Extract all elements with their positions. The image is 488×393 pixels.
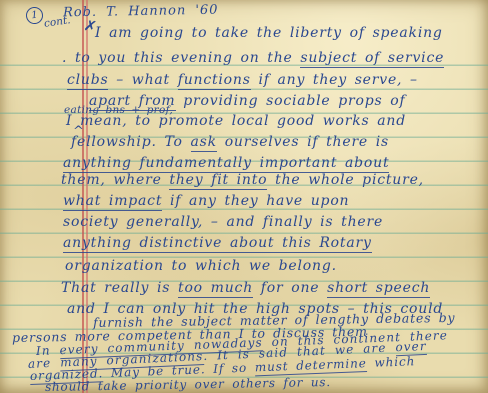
line-text: organization to which we belong. (65, 258, 337, 274)
line-text: if any they have upon (162, 193, 349, 209)
underlined-text: short speech (327, 280, 430, 298)
line-text: which (366, 354, 415, 370)
line-text: society generally, – and finally is ther… (63, 214, 383, 230)
handwritten-line: them, where they fit into the whole pict… (61, 172, 424, 188)
handwritten-line: what impact if any they have upon (63, 193, 349, 209)
underlined-text: anything fundamentally important about (63, 155, 389, 173)
underlined-text: they fit into (169, 172, 267, 190)
line-text: ourselves if there is (217, 134, 389, 150)
handwritten-line: fellowship. To ask ourselves if there is (71, 134, 389, 150)
line-text: the whole picture, (267, 172, 424, 188)
line-text: for one (253, 280, 327, 296)
underlined-text: must determine (255, 356, 368, 376)
notebook-page: 1 cont. Rob. T. Hannon '60 ✗ ^ I am goin… (0, 0, 488, 393)
line-text: providing sociable props of (176, 93, 406, 109)
underlined-text: should (45, 379, 90, 393)
handwritten-line: . to you this evening on the subject of … (62, 50, 444, 66)
line-text: That really is (61, 280, 178, 296)
handwritten-line: I mean, to promote local good works and (66, 113, 406, 129)
line-text: them, where (61, 172, 169, 188)
underlined-text: subject of service (300, 50, 444, 68)
handwritten-line: clubs – what functions if any they serve… (67, 72, 418, 88)
line-text: – what (108, 72, 177, 88)
underlined-text: clubs (67, 72, 108, 90)
handwritten-line: That really is too much for one short sp… (61, 280, 430, 296)
line-text: I mean, to promote local good works and (66, 113, 406, 129)
underlined-text: what impact (63, 193, 162, 211)
handwritten-line: society generally, – and finally is ther… (63, 214, 383, 230)
handwritten-line: anything distinctive about this Rotary (63, 235, 372, 251)
line-text: fellowship. To (71, 134, 191, 150)
line-text: . to you this evening on the (62, 50, 300, 66)
page-number-marker: 1 (25, 6, 44, 25)
handwritten-line: organization to which we belong. (65, 258, 337, 274)
line-text: I am going to take the liberty of speaki… (95, 25, 443, 41)
underlined-text: anything distinctive about this Rotary (63, 235, 372, 253)
line-text: take priority over others for us. (90, 375, 331, 393)
handwritten-line: anything fundamentally important about (63, 155, 389, 171)
underlined-text: too much (178, 280, 253, 298)
underlined-text: ask (191, 134, 217, 152)
underlined-text: functions (178, 72, 251, 90)
line-text: if any they serve, – (251, 72, 418, 88)
handwritten-line: I am going to take the liberty of speaki… (95, 25, 443, 41)
